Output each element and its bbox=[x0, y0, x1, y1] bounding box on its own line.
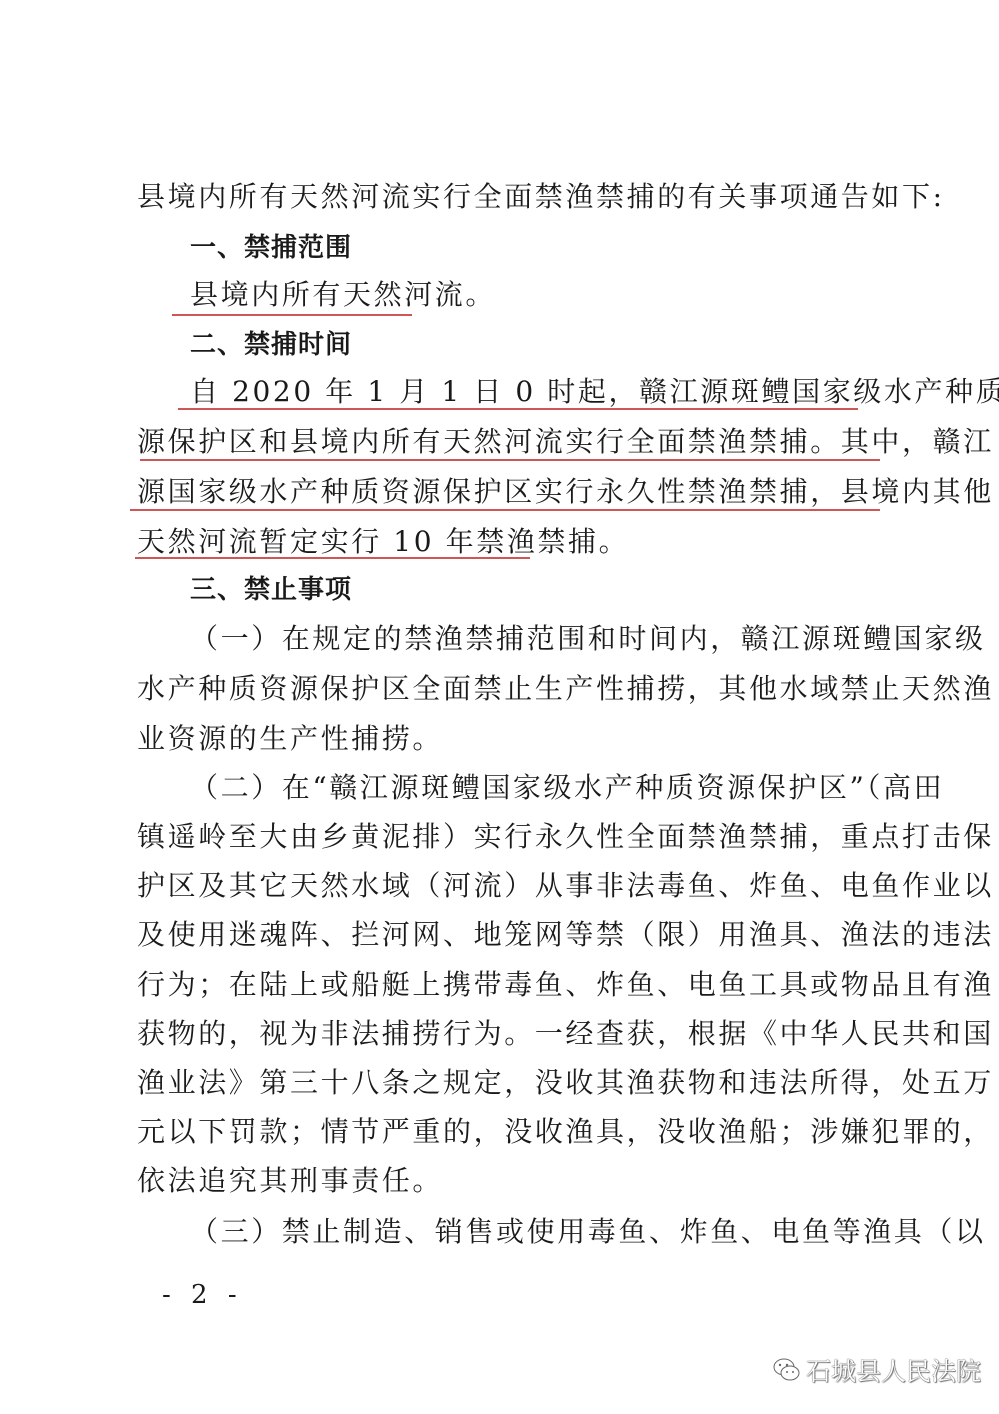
watermark: 石城县人民法院 bbox=[772, 1352, 981, 1388]
wechat-icon bbox=[772, 1355, 802, 1385]
red-underline bbox=[178, 408, 858, 410]
red-underline bbox=[135, 557, 530, 559]
item2-line: （二）在“赣江源斑鳢国家级水产种质资源保护区”（高田 bbox=[190, 768, 930, 808]
item1-line: （一）在规定的禁渔禁捕范围和时间内，赣江源斑鳢国家级 bbox=[190, 619, 930, 659]
red-underline bbox=[130, 509, 880, 511]
item2-line: 及使用迷魂阵、拦河网、地笼网等禁（限）用渔具、渔法的违法 bbox=[137, 915, 877, 955]
section2-line: 源保护区和县境内所有天然河流实行全面禁渔禁捕。其中，赣江 bbox=[137, 422, 877, 462]
red-underline bbox=[140, 459, 880, 461]
item1-line: 业资源的生产性捕捞。 bbox=[137, 719, 877, 759]
section1-body: 县境内所有天然河流。 bbox=[190, 275, 930, 315]
item2-line: 护区及其它天然水域（河流）从事非法毒鱼、炸鱼、电鱼作业以 bbox=[137, 866, 877, 906]
watermark-text: 石城县人民法院 bbox=[806, 1352, 981, 1388]
item2-line: 依法追究其刑事责任。 bbox=[137, 1161, 877, 1201]
section2-line: 自 2020 年 1 月 1 日 0 时起，赣江源斑鳢国家级水产种质资 bbox=[190, 372, 930, 412]
section2-heading: 二、禁捕时间 bbox=[190, 325, 930, 365]
section2-line: 天然河流暂定实行 10 年禁渔禁捕。 bbox=[137, 522, 877, 562]
page-number: - 2 - bbox=[162, 1280, 243, 1310]
item1-line: 水产种质资源保护区全面禁止生产性捕捞，其他水域禁止天然渔 bbox=[137, 669, 877, 709]
item2-line: 渔业法》第三十八条之规定，没收其渔获物和违法所得，处五万 bbox=[137, 1063, 877, 1103]
item3-line: （三）禁止制造、销售或使用毒鱼、炸鱼、电鱼等渔具（以 bbox=[190, 1212, 930, 1252]
section2-line: 源国家级水产种质资源保护区实行永久性禁渔禁捕，县境内其他 bbox=[137, 472, 877, 512]
item2-line: 镇遥岭至大由乡黄泥排）实行永久性全面禁渔禁捕，重点打击保 bbox=[137, 817, 877, 857]
red-underline bbox=[172, 314, 412, 316]
section3-heading: 三、禁止事项 bbox=[190, 570, 930, 610]
intro-text: 县境内所有天然河流实行全面禁渔禁捕的有关事项通告如下: bbox=[137, 177, 877, 217]
item2-line: 元以下罚款；情节严重的，没收渔具，没收渔船；涉嫌犯罪的， bbox=[137, 1112, 877, 1152]
item2-line: 行为；在陆上或船艇上携带毒鱼、炸鱼、电鱼工具或物品且有渔 bbox=[137, 965, 877, 1005]
item2-line: 获物的，视为非法捕捞行为。一经查获，根据《中华人民共和国 bbox=[137, 1014, 877, 1054]
section1-heading: 一、禁捕范围 bbox=[190, 228, 930, 268]
